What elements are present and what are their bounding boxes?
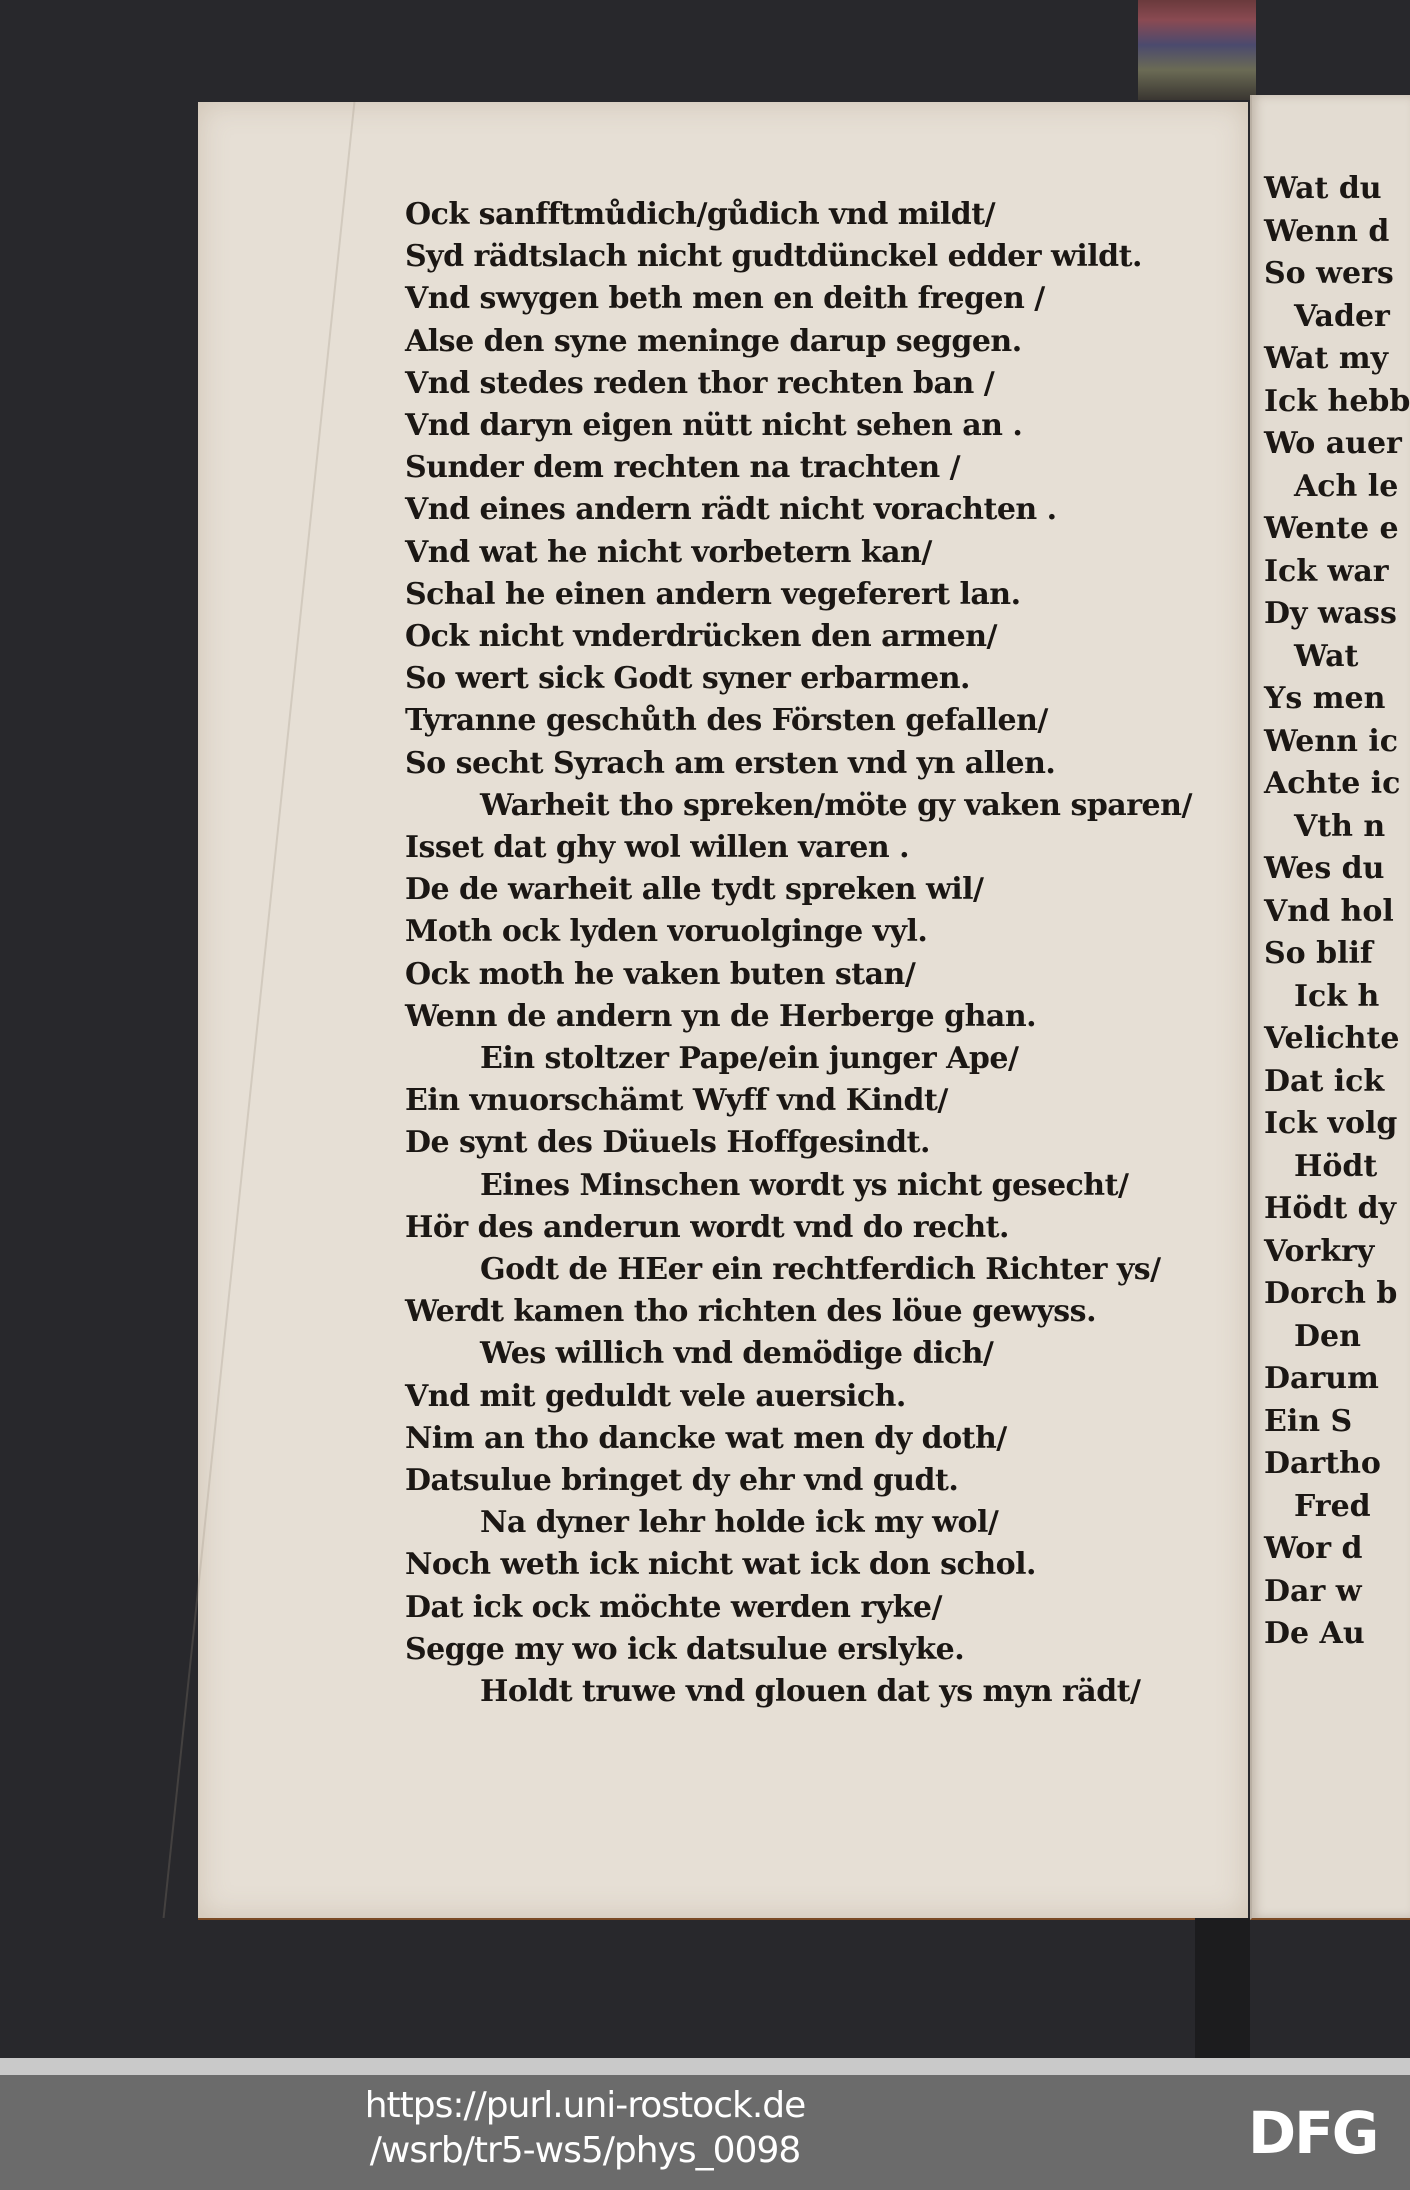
text-line: Datsulue bringet dy ehr vnd gudt.	[405, 1464, 958, 1498]
right-page-fragment: Wat my	[1264, 342, 1388, 376]
scan-image: Ock sanfftmůdich/gůdich vnd mildt/Syd rä…	[0, 0, 1410, 2058]
right-page-fragment: Den	[1294, 1320, 1361, 1354]
right-page-fragment: So blif	[1264, 937, 1373, 971]
right-page-fragment: Dorch b	[1264, 1277, 1397, 1311]
right-page-fragment: Dartho	[1264, 1447, 1381, 1481]
text-line: Na dyner lehr holde ick my wol/	[480, 1506, 998, 1540]
right-page-fragment: Dat ick	[1264, 1065, 1384, 1099]
right-page-fragment: Dar w	[1264, 1575, 1362, 1609]
right-page-fragment: De Au	[1264, 1617, 1365, 1651]
text-line: Godt de HEer ein rechtferdich Richter ys…	[480, 1253, 1161, 1287]
permalink-line-1[interactable]: https://purl.uni-rostock.de	[0, 2085, 1290, 2126]
text-line: Warheit tho spreken/möte gy vaken sparen…	[480, 789, 1192, 823]
right-page-fragment: Wo auer	[1264, 427, 1402, 461]
right-page-fragment: Achte ic	[1264, 767, 1400, 801]
right-page-fragment: Wenn ic	[1264, 725, 1398, 759]
dfg-logo: DFG	[1248, 2103, 1377, 2163]
text-line: Vnd wat he nicht vorbetern kan/	[405, 536, 932, 570]
text-line: Sunder dem rechten na trachten /	[405, 451, 960, 485]
text-line: Vnd daryn eigen nütt nicht sehen an .	[405, 409, 1022, 443]
text-line: Wenn de andern yn de Herberge ghan.	[405, 1000, 1036, 1034]
right-page-fragment: Wor d	[1264, 1532, 1362, 1566]
right-page-fragment: Wes du	[1264, 852, 1384, 886]
right-page-fragment: Ein S	[1264, 1405, 1352, 1439]
right-page-fragment: Dy wass	[1264, 597, 1397, 631]
text-line: Ock nicht vnderdrücken den armen/	[405, 620, 997, 654]
spine-gap	[1195, 1918, 1250, 2058]
text-line: So wert sick Godt syner erbarmen.	[405, 662, 970, 696]
text-line: Nim an tho dancke wat men dy doth/	[405, 1422, 1007, 1456]
text-line: Werdt kamen tho richten des löue gewyss.	[405, 1295, 1096, 1329]
text-line: Segge my wo ick datsulue erslyke.	[405, 1633, 964, 1667]
right-page-fragment: Wat	[1294, 640, 1358, 674]
text-line: Eines Minschen wordt ys nicht gesecht/	[480, 1169, 1128, 1203]
right-page-fragment: Wente e	[1264, 512, 1399, 546]
binding-fabric	[1138, 0, 1256, 100]
text-line: De de warheit alle tydt spreken wil/	[405, 873, 984, 907]
right-page-fragment: Hödt dy	[1264, 1192, 1396, 1226]
text-line: Vnd stedes reden thor rechten ban /	[405, 367, 994, 401]
right-page-fragment: Velichte	[1264, 1022, 1399, 1056]
text-line: Moth ock lyden voruolginge vyl.	[405, 915, 927, 949]
right-page-fragment: Wenn d	[1264, 215, 1389, 249]
right-page-fragment: Hödt	[1294, 1150, 1377, 1184]
text-line: Hör des anderun wordt vnd do recht.	[405, 1211, 1009, 1245]
footer-divider	[0, 2058, 1410, 2075]
right-page-fragment: Darum	[1264, 1362, 1379, 1396]
text-line: Isset dat ghy wol willen varen .	[405, 831, 909, 865]
right-page-fragment: Vnd hol	[1264, 895, 1394, 929]
right-page-fragment: Ick hebb	[1264, 385, 1410, 419]
text-line: Syd rädtslach nicht gudtdünckel edder wi…	[405, 240, 1142, 274]
text-line: Dat ick ock möchte werden ryke/	[405, 1591, 942, 1625]
text-line: Tyranne geschůth des Försten gefallen/	[405, 704, 1048, 738]
text-line: Alse den syne meninge darup seggen.	[405, 325, 1022, 359]
right-page-fragment: Ick volg	[1264, 1107, 1397, 1141]
right-page-fragment: Ach le	[1294, 470, 1398, 504]
right-page-fragment: Ick war	[1264, 555, 1389, 589]
right-page-fragment: So wers	[1264, 257, 1394, 291]
right-page-fragment: Wat du	[1264, 172, 1382, 206]
right-page-fragment: Vth n	[1294, 810, 1385, 844]
text-line: Vnd swygen beth men en deith fregen /	[405, 282, 1045, 316]
right-page-fragment: Vorkry	[1264, 1235, 1374, 1269]
text-line: Ock moth he vaken buten stan/	[405, 958, 915, 992]
text-line: Ein vnuorschämt Wyff vnd Kindt/	[405, 1084, 948, 1118]
footer-bar: https://purl.uni-rostock.de /wsrb/tr5-ws…	[0, 2075, 1410, 2190]
text-line: Wes willich vnd demödige dich/	[480, 1337, 993, 1371]
right-page-fragment: Fred	[1294, 1490, 1371, 1524]
right-page: Wat duWenn dSo wersVaderWat myIck hebbWo…	[1250, 95, 1410, 1920]
right-page-fragment: Ys men	[1264, 682, 1385, 716]
right-page-fragment: Vader	[1294, 300, 1390, 334]
text-line: Schal he einen andern vegeferert lan.	[405, 578, 1021, 612]
text-line: Holdt truwe vnd glouen dat ys myn rädt/	[480, 1675, 1141, 1709]
text-line: Noch weth ick nicht wat ick don schol.	[405, 1548, 1036, 1582]
text-line: De synt des Düuels Hoffgesindt.	[405, 1126, 930, 1160]
text-line: Ein stoltzer Pape/ein junger Ape/	[480, 1042, 1018, 1076]
permalink-line-2[interactable]: /wsrb/tr5-ws5/phys_0098	[0, 2130, 1290, 2171]
text-line: So secht Syrach am ersten vnd yn allen.	[405, 747, 1055, 781]
text-line: Vnd eines andern rädt nicht vorachten .	[405, 493, 1057, 527]
text-line: Ock sanfftmůdich/gůdich vnd mildt/	[405, 198, 995, 232]
text-line: Vnd mit geduldt vele auersich.	[405, 1380, 906, 1414]
left-page: Ock sanfftmůdich/gůdich vnd mildt/Syd rä…	[198, 102, 1248, 1920]
right-page-fragment: Ick h	[1294, 980, 1379, 1014]
